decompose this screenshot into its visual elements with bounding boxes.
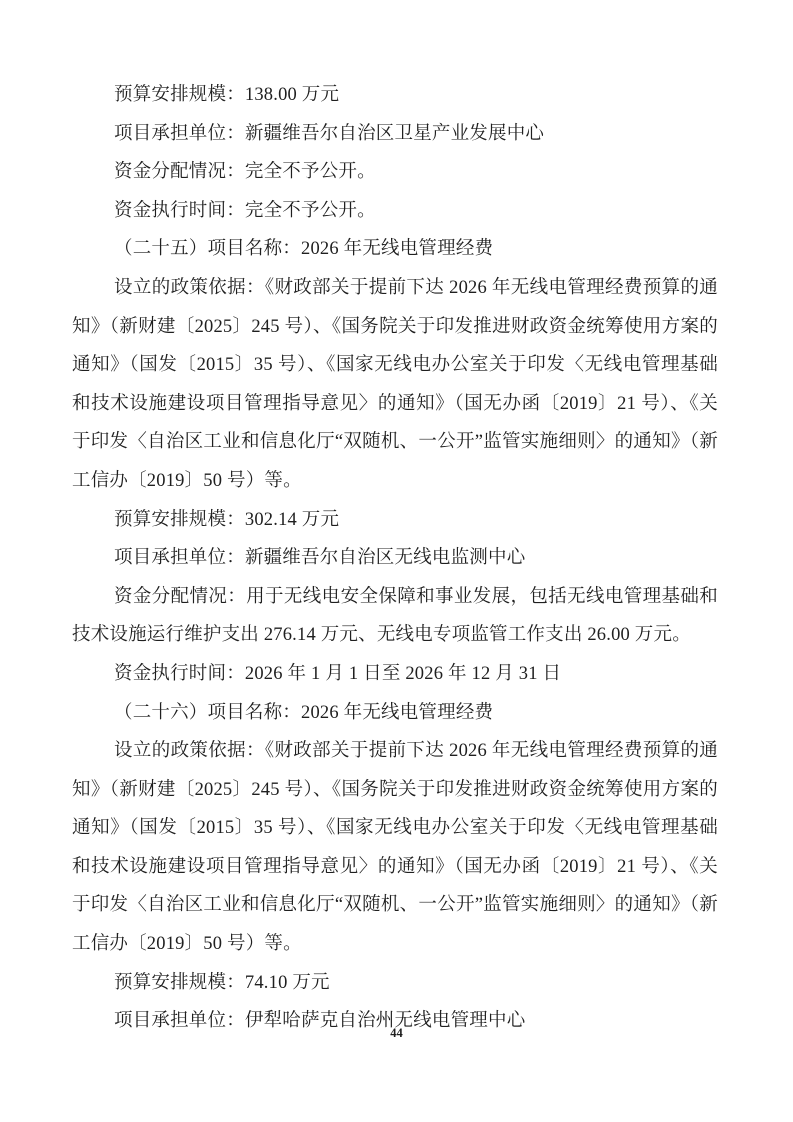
para-item25-project-name: （二十五）项目名称：2026 年无线电管理经费	[72, 230, 718, 269]
para-item25-budget-scale: 预算安排规模：302.14 万元	[72, 501, 718, 540]
para-item24-budget-scale: 预算安排规模：138.00 万元	[72, 76, 718, 115]
page-footer: 44	[0, 1024, 793, 1042]
para-item26-project-name: （二十六）项目名称：2026 年无线电管理经费	[72, 694, 718, 733]
para-item24-fund-execution: 资金执行时间：完全不予公开。	[72, 192, 718, 231]
para-item26-budget-scale: 预算安排规模：74.10 万元	[72, 964, 718, 1003]
para-item25-undertaker: 项目承担单位：新疆维吾尔自治区无线电监测中心	[72, 539, 718, 578]
para-item25-policy-basis: 设立的政策依据：《财政部关于提前下达 2026 年无线电管理经费预算的通知》（新…	[72, 269, 718, 501]
document-page: 预算安排规模：138.00 万元 项目承担单位：新疆维吾尔自治区卫星产业发展中心…	[0, 0, 793, 1122]
para-item26-policy-basis: 设立的政策依据：《财政部关于提前下达 2026 年无线电管理经费预算的通知》（新…	[72, 732, 718, 964]
para-item25-fund-execution: 资金执行时间：2026 年 1 月 1 日至 2026 年 12 月 31 日	[72, 655, 718, 694]
para-item25-fund-allocation: 资金分配情况：用于无线电安全保障和事业发展，包括无线电管理基础和技术设施运行维护…	[72, 578, 718, 655]
para-item24-fund-allocation: 资金分配情况：完全不予公开。	[72, 153, 718, 192]
para-item24-undertaker: 项目承担单位：新疆维吾尔自治区卫星产业发展中心	[72, 115, 718, 154]
document-body: 预算安排规模：138.00 万元 项目承担单位：新疆维吾尔自治区卫星产业发展中心…	[72, 76, 718, 1041]
page-number: 44	[390, 1026, 403, 1040]
